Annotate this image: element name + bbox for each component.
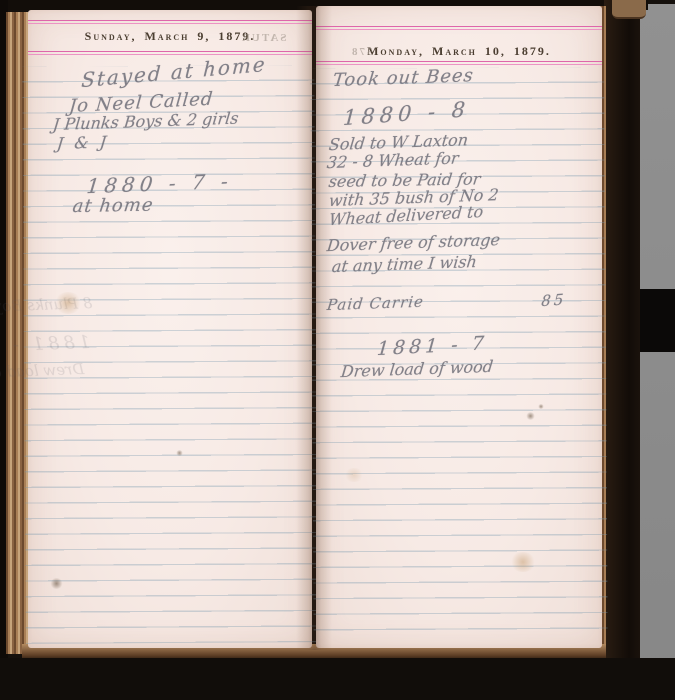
cover-bottom-edge [0,658,675,700]
pink-rule-top [28,20,312,24]
paper-stain [510,552,536,572]
paper-stain [344,468,364,482]
pink-rule-below-header [28,51,312,55]
cover-corner-clasp [612,0,646,19]
pink-rule-below-header [316,61,602,65]
handwritten-line: J & J [56,132,110,153]
paper-stain [176,450,183,456]
bleed-through-line: 1881 - 2 [0,332,91,357]
cover-right-board [604,0,640,660]
right-header-bleed-through: 578 [350,46,373,58]
left-header-bleed-through: SATUR [240,32,286,44]
right-page: Monday, March 10, 1879. 578 Took out Bee… [316,6,602,648]
diary-scan: Sunday, March 9, 1879. SATUR Stayed at h… [0,0,675,700]
paper-stain [54,292,82,314]
pink-rule-top [316,26,602,30]
handwritten-line: Paid Carrie [326,293,425,314]
paper-stain [50,578,63,589]
paper-stain [538,404,544,409]
handwritten-line: at home [71,195,154,217]
handwritten-amount: 85 [541,290,567,310]
paper-stain [526,412,535,420]
binding-gutter-shadow [296,6,332,650]
left-page: Sunday, March 9, 1879. SATUR Stayed at h… [28,10,312,648]
